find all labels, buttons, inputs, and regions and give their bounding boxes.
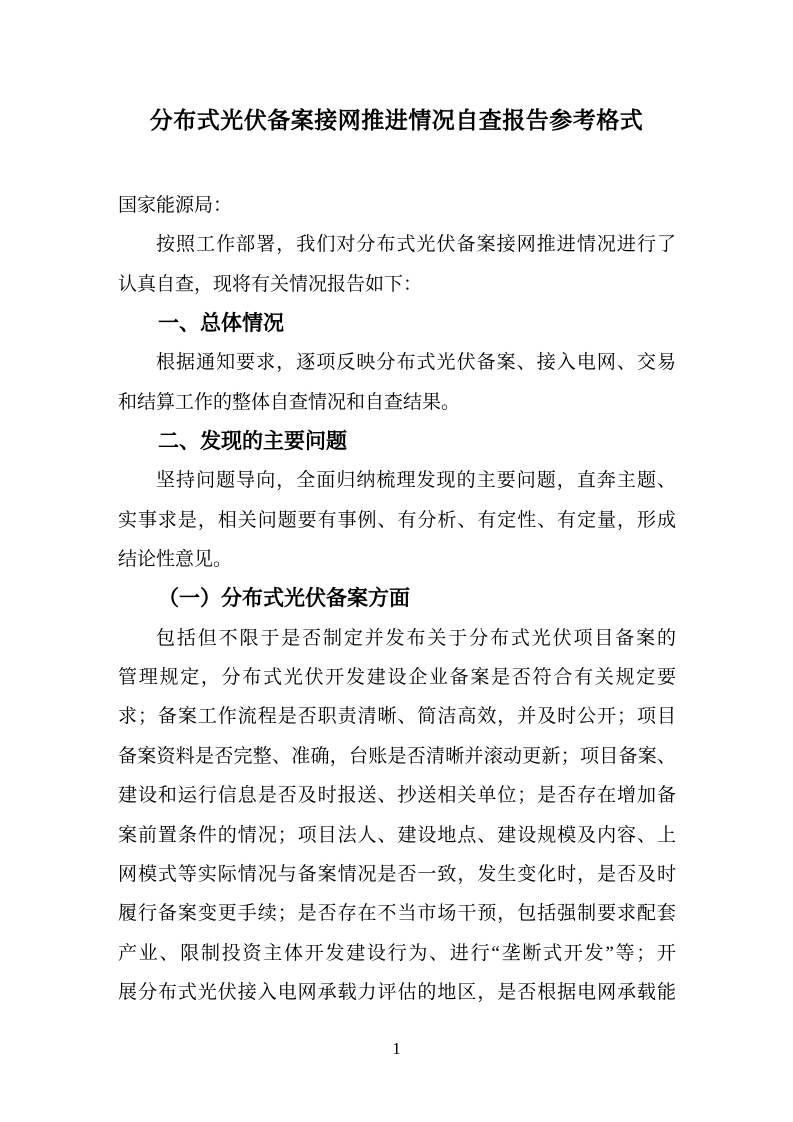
heading-overall-situation: 一、总体情况 [118, 304, 676, 343]
body-line: 坚持问题导向，全面归纳梳理发现的主要问题，直奔主题、 [118, 461, 676, 500]
page-number: 1 [0, 1036, 793, 1062]
body-line: 按照工作部署，我们对分布式光伏备案接网推进情况进行了 [118, 225, 676, 264]
body-line: 备案资料是否完整、准确，台账是否清晰并滚动更新；项目备案、 [118, 737, 676, 776]
body-line: 履行备案变更手续；是否存在不当市场干预，包括强制要求配套 [118, 894, 676, 933]
body-line: 案前置条件的情况；项目法人、建设地点、建设规模及内容、上 [118, 816, 676, 855]
body-line: 认真自查，现将有关情况报告如下： [118, 265, 676, 304]
body-line: 根据通知要求，逐项反映分布式光伏备案、接入电网、交易 [118, 343, 676, 382]
body-line: 网模式等实际情况与备案情况是否一致，发生变化时，是否及时 [118, 855, 676, 894]
document-title: 分布式光伏备案接网推进情况自查报告参考格式 [0, 100, 793, 140]
body-line: 和结算工作的整体自查情况和自查结果。 [118, 383, 676, 422]
document-body: 国家能源局： 按照工作部署，我们对分布式光伏备案接网推进情况进行了 认真自查，现… [118, 186, 676, 1012]
heading-pv-filing-aspect: （一）分布式光伏备案方面 [118, 579, 676, 618]
document-page: 分布式光伏备案接网推进情况自查报告参考格式 国家能源局： 按照工作部署，我们对分… [0, 0, 793, 1122]
body-line: 管理规定，分布式光伏开发建设企业备案是否符合有关规定要 [118, 658, 676, 697]
body-line: 产业、限制投资主体开发建设行为、进行“垄断式开发”等；开 [118, 934, 676, 973]
body-line: 包括但不限于是否制定并发布关于分布式光伏项目备案的 [118, 619, 676, 658]
body-line: 建设和运行信息是否及时报送、抄送相关单位；是否存在增加备 [118, 776, 676, 815]
body-line: 结论性意见。 [118, 540, 676, 579]
salutation-line: 国家能源局： [118, 186, 676, 225]
body-line: 展分布式光伏接入电网承载力评估的地区，是否根据电网承载能 [118, 973, 676, 1012]
heading-main-problems: 二、发现的主要问题 [118, 422, 676, 461]
body-line: 求；备案工作流程是否职责清晰、简洁高效，并及时公开；项目 [118, 697, 676, 736]
body-line: 实事求是，相关问题要有事例、有分析、有定性、有定量，形成 [118, 501, 676, 540]
